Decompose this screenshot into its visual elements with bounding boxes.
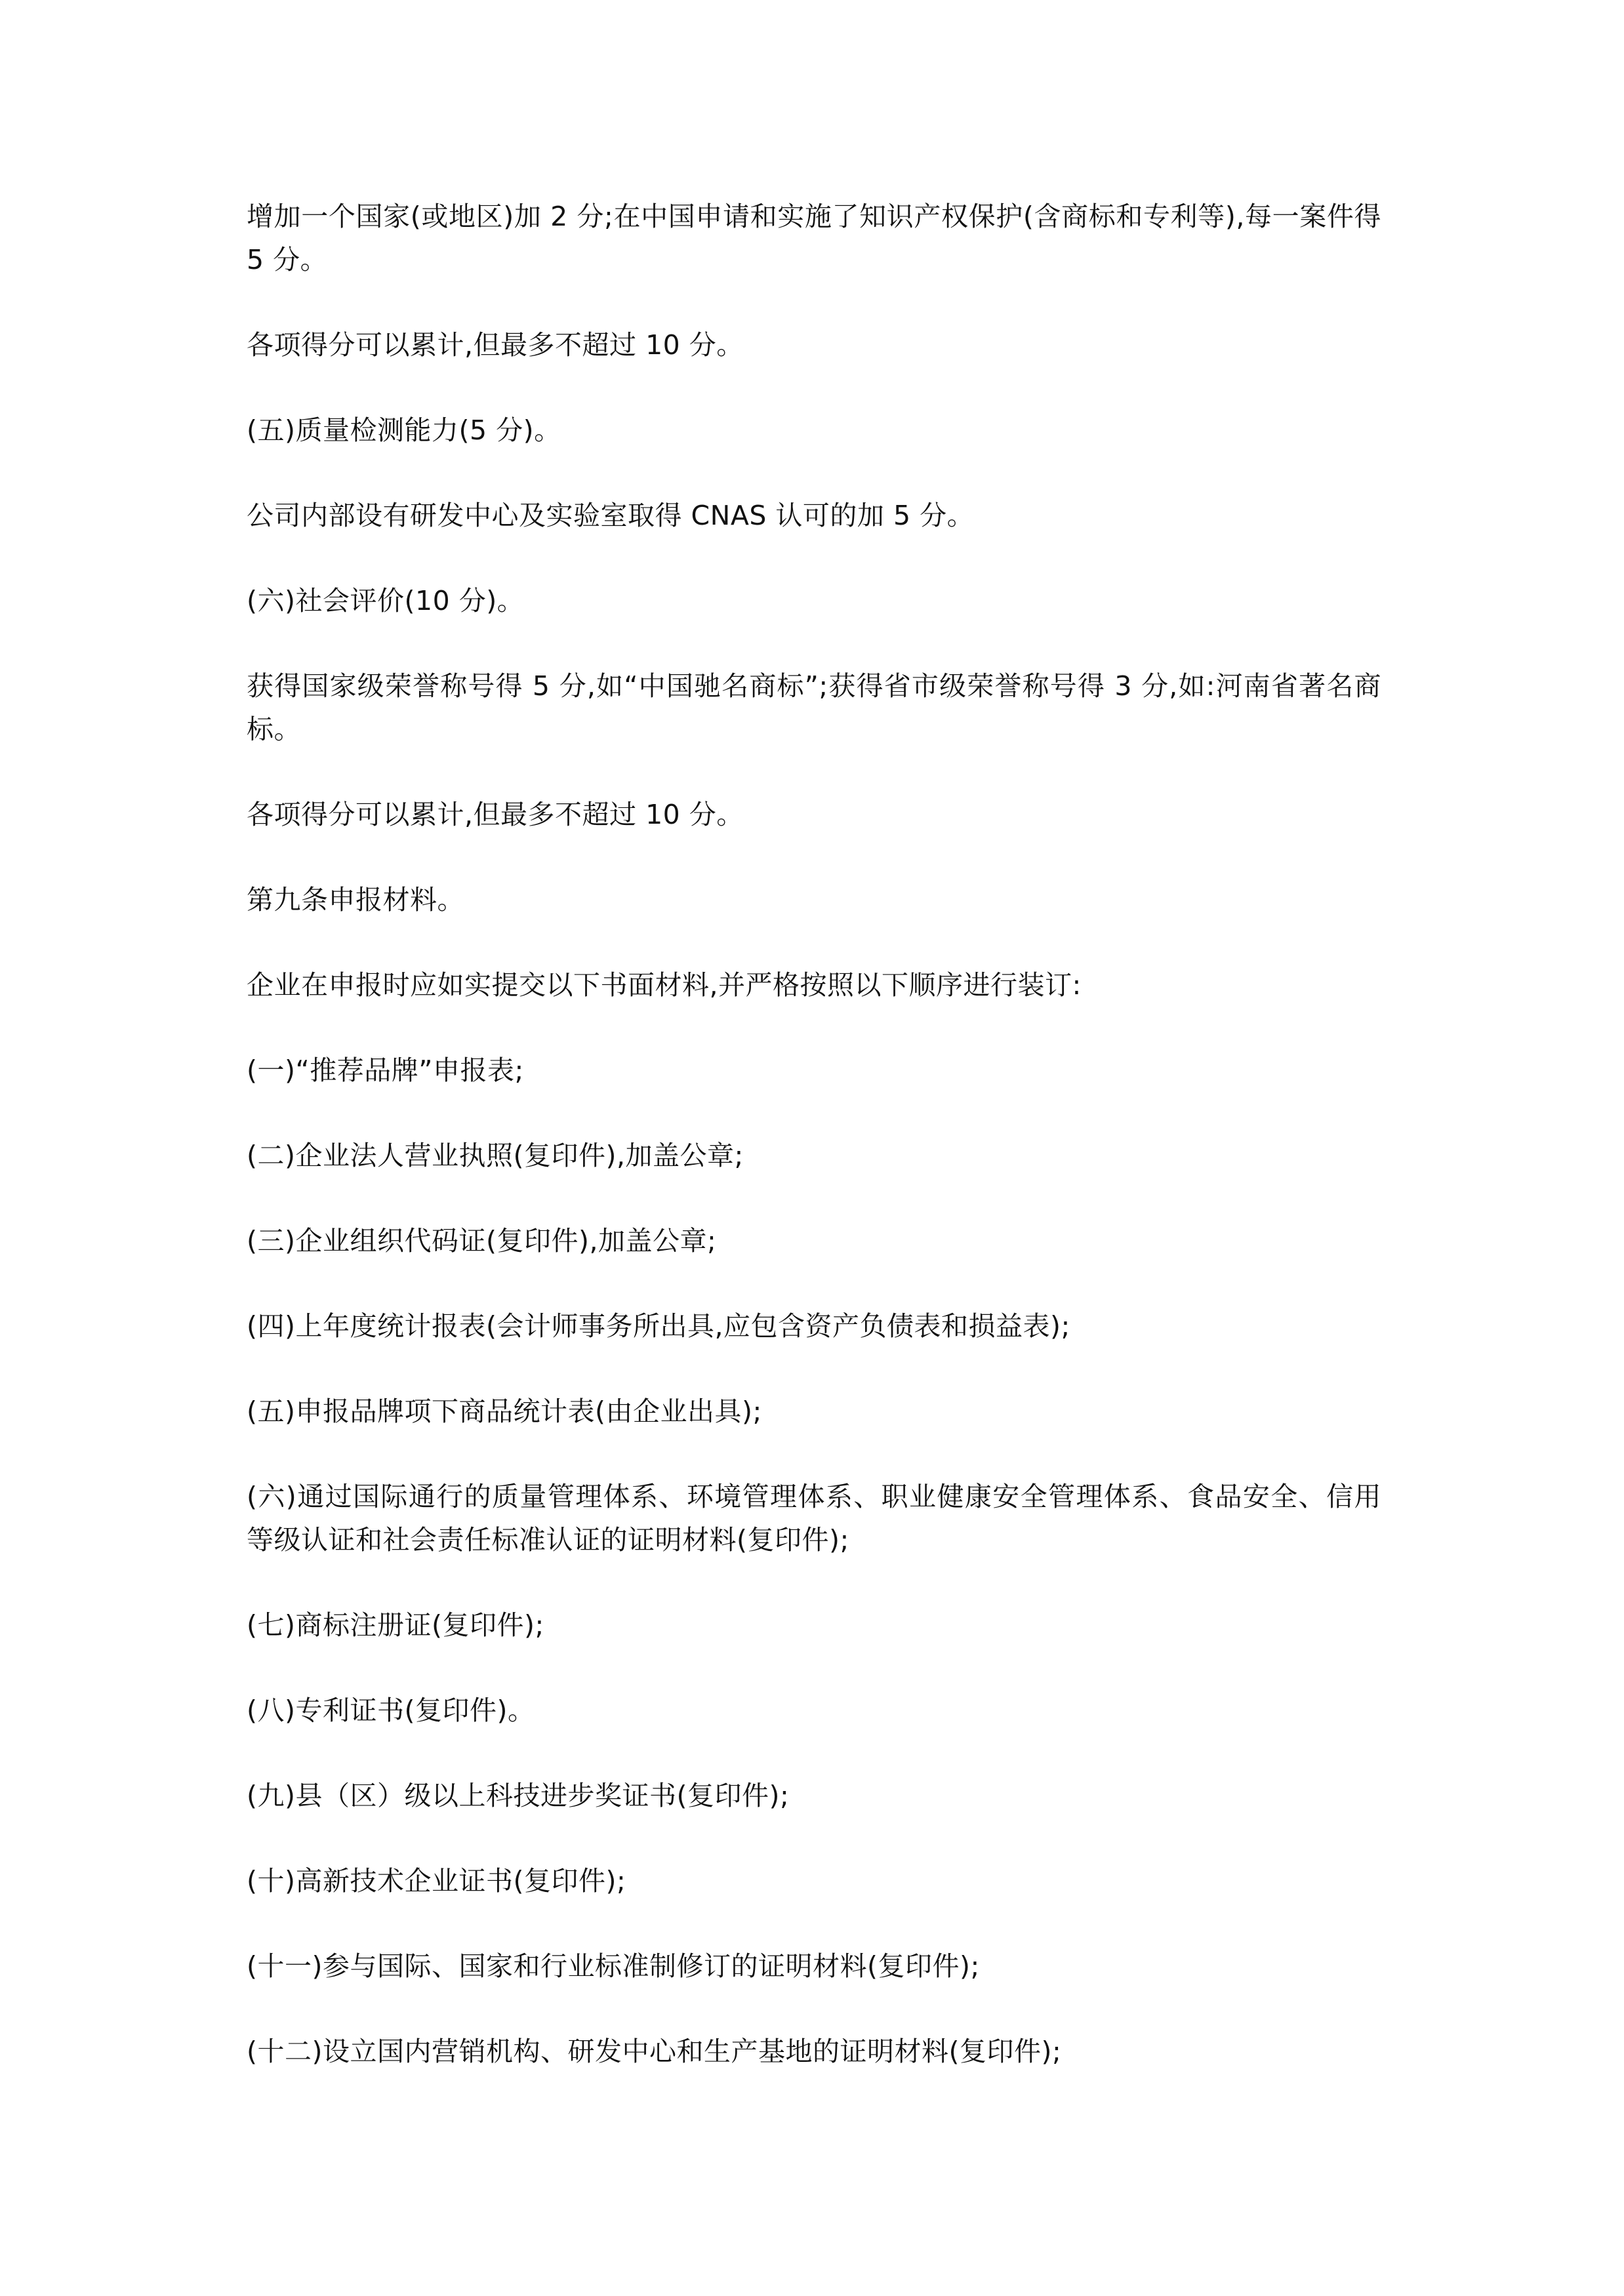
list-item-certifications: (六)通过国际通行的质量管理体系、环境管理体系、职业健康安全管理体系、食品安全、… [247, 1475, 1381, 1561]
list-item-science-award: (九)县（区）级以上科技进步奖证书(复印件); [247, 1774, 1381, 1817]
article-heading-application-materials: 第九条申报材料。 [247, 878, 1381, 921]
section-heading-social-evaluation: (六)社会评价(10 分)。 [247, 579, 1381, 622]
paragraph-honor-titles: 获得国家级荣誉称号得 5 分,如“中国驰名商标”;获得省市级荣誉称号得 3 分,… [247, 664, 1381, 751]
paragraph-cnas-accreditation: 公司内部设有研发中心及实验室取得 CNAS 认可的加 5 分。 [247, 494, 1381, 537]
list-item-statistical-report: (四)上年度统计报表(会计师事务所出具,应包含资产负债表和损益表); [247, 1304, 1381, 1348]
list-item-high-tech-certificate: (十)高新技术企业证书(复印件); [247, 1859, 1381, 1903]
paragraph-cumulative-limit: 各项得分可以累计,但最多不超过 10 分。 [247, 323, 1381, 367]
paragraph-cumulative-limit-2: 各项得分可以累计,但最多不超过 10 分。 [247, 793, 1381, 836]
document-page: 增加一个国家(或地区)加 2 分;在中国申请和实施了知识产权保护(含商标和专利等… [247, 195, 1381, 2115]
list-item-domestic-facilities: (十二)设立国内营销机构、研发中心和生产基地的证明材料(复印件); [247, 2030, 1381, 2073]
list-item-product-statistics: (五)申报品牌项下商品统计表(由企业出具); [247, 1390, 1381, 1433]
list-item-organization-code: (三)企业组织代码证(复印件),加盖公章; [247, 1219, 1381, 1262]
list-item-trademark-certificate: (七)商标注册证(复印件); [247, 1603, 1381, 1647]
list-item-business-license: (二)企业法人营业执照(复印件),加盖公章; [247, 1134, 1381, 1177]
paragraph-ip-protection-scoring: 增加一个国家(或地区)加 2 分;在中国申请和实施了知识产权保护(含商标和专利等… [247, 195, 1381, 281]
section-heading-quality-testing: (五)质量检测能力(5 分)。 [247, 409, 1381, 452]
list-item-application-form: (一)“推荐品牌”申报表; [247, 1049, 1381, 1092]
list-item-patent-certificate: (八)专利证书(复印件)。 [247, 1689, 1381, 1732]
list-item-standards-participation: (十一)参与国际、国家和行业标准制修订的证明材料(复印件); [247, 1944, 1381, 1988]
paragraph-binding-instructions: 企业在申报时应如实提交以下书面材料,并严格按照以下顺序进行装订: [247, 963, 1381, 1007]
